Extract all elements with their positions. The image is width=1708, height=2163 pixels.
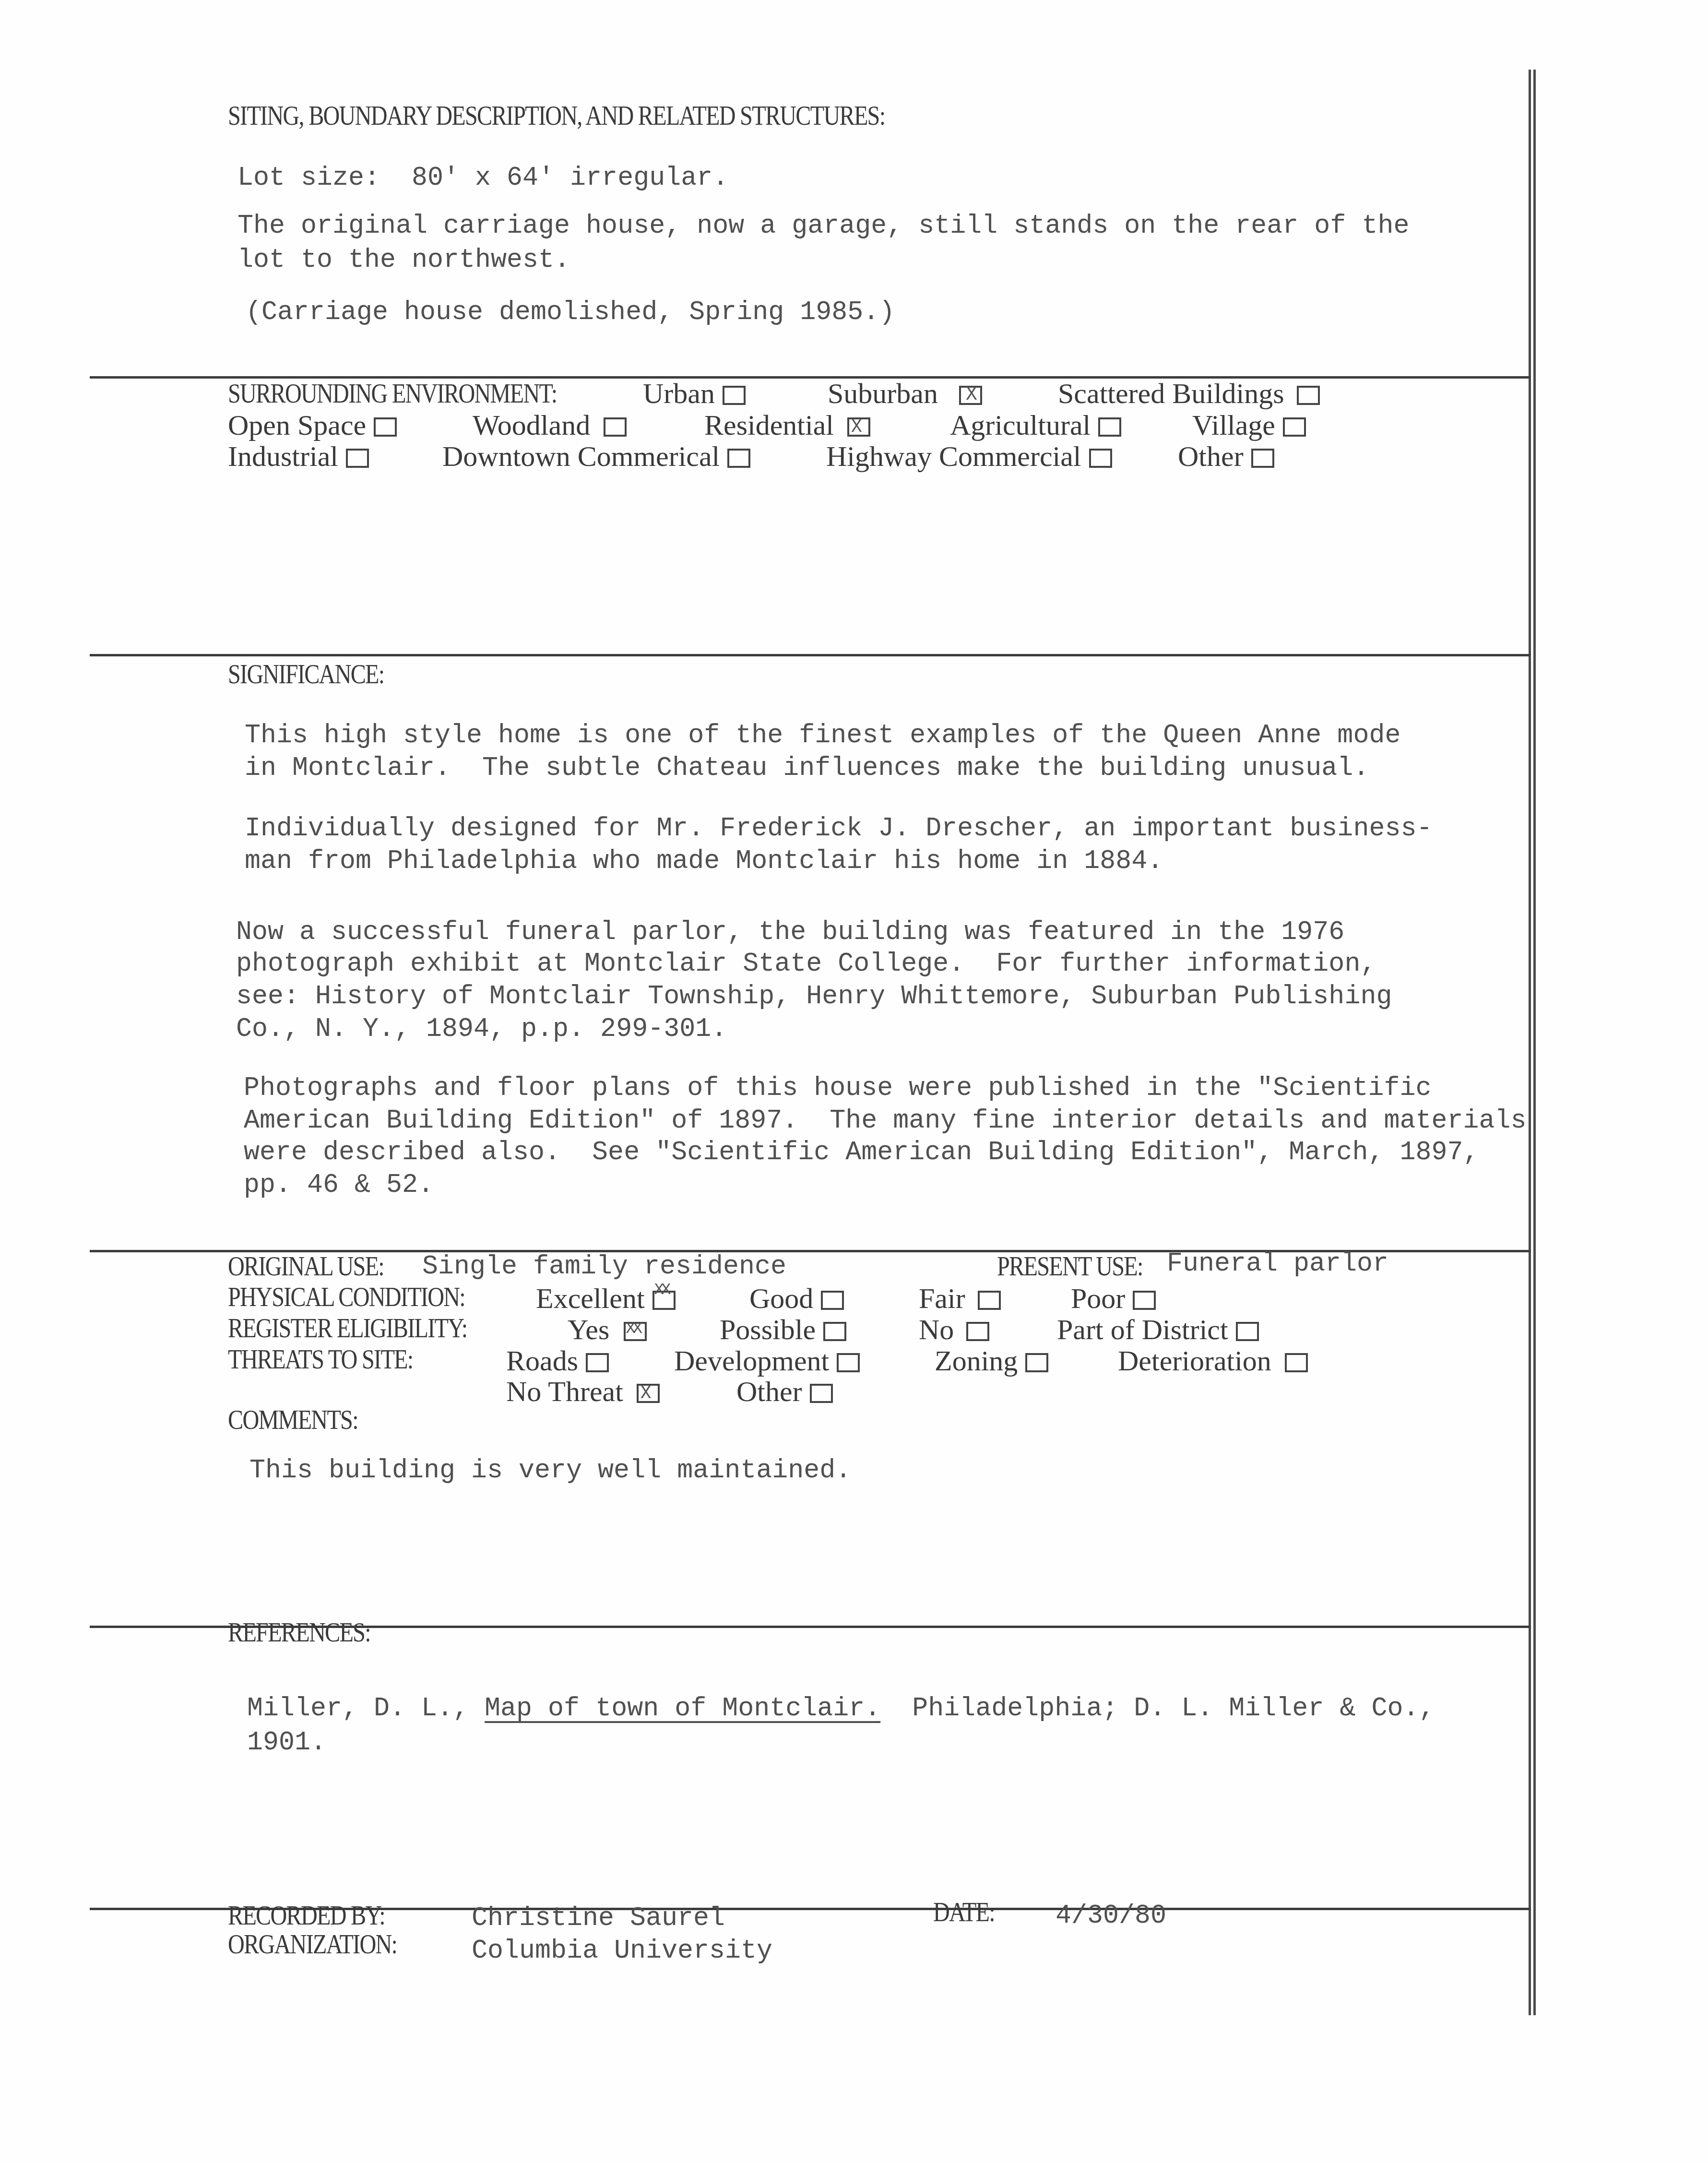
option-label: Possible <box>720 1315 816 1344</box>
option-label: Woodland <box>473 411 590 440</box>
option-label: Industrial <box>228 442 338 471</box>
env-option-agricultural[interactable]: Agricultural <box>950 411 1121 440</box>
threat-option-development[interactable]: Development <box>674 1346 860 1375</box>
significance-line: Photographs and floor plans of this hous… <box>244 1075 1431 1101</box>
check-x-icon: X <box>851 418 859 437</box>
significance-line: man from Philadelphia who made Montclair… <box>245 848 1163 874</box>
checkbox-woodland[interactable] <box>604 417 627 437</box>
checkbox-part-of-district[interactable] <box>1236 1322 1259 1341</box>
significance-line: pp. 46 & 52. <box>244 1172 434 1198</box>
threats-to-site-label: THREATS TO SITE: <box>228 1346 413 1373</box>
option-label: Deterioration <box>1118 1346 1271 1375</box>
references-label: REFERENCES: <box>228 1619 370 1646</box>
condition-option-excellent[interactable]: Excellent XX <box>536 1284 676 1313</box>
recorded-by-value: Christine Saurel <box>472 1905 725 1931</box>
siting-line: Lot size: 80' x 64' irregular. <box>237 165 728 191</box>
checkbox-residential[interactable]: X <box>847 417 870 437</box>
checkbox-zoning[interactable] <box>1025 1353 1048 1372</box>
physical-condition-label: PHYSICAL CONDITION: <box>228 1284 465 1311</box>
option-label: Roads <box>506 1346 578 1375</box>
recorded-by-label: RECORDED BY: <box>228 1902 385 1929</box>
checkbox-threat-other[interactable] <box>810 1384 833 1403</box>
right-border-inner <box>1529 70 1531 2015</box>
original-use-value[interactable]: Single family residence <box>422 1253 786 1280</box>
checkbox-env-other[interactable] <box>1251 449 1274 468</box>
significance-section-title: SIGNIFICANCE: <box>228 661 384 688</box>
option-label: Other <box>736 1377 802 1406</box>
significance-line: Co., N. Y., 1894, p.p. 299-301. <box>236 1016 727 1042</box>
option-label: Downtown Commerical <box>442 442 720 471</box>
checkbox-no[interactable] <box>966 1322 989 1341</box>
comments-label: COMMENTS: <box>228 1407 358 1434</box>
option-label: Suburban <box>828 379 938 408</box>
siting-section-title: SITING, BOUNDARY DESCRIPTION, AND RELATE… <box>228 103 885 130</box>
significance-line: see: History of Montclair Township, Henr… <box>236 983 1392 1010</box>
option-label: Excellent <box>536 1284 645 1313</box>
eligibility-option-yes[interactable]: Yes XX <box>568 1315 647 1344</box>
present-use-value[interactable]: Funeral parlor <box>1167 1250 1388 1277</box>
checkbox-development[interactable] <box>837 1353 860 1372</box>
option-label: Open Space <box>228 411 366 440</box>
checkbox-agricultural[interactable] <box>1098 417 1121 437</box>
significance-line: Now a successful funeral parlor, the bui… <box>236 919 1344 945</box>
option-label: Yes <box>568 1315 609 1344</box>
significance-line: American Building Edition" of 1897. The … <box>244 1107 1526 1134</box>
option-label: No <box>919 1315 954 1344</box>
survey-form-page: SITING, BOUNDARY DESCRIPTION, AND RELATE… <box>0 0 1708 2163</box>
check-xx-icon: XX <box>626 1321 640 1337</box>
threat-option-deterioration[interactable]: Deterioration <box>1118 1346 1308 1375</box>
option-label: Other <box>1178 442 1244 471</box>
organization-value: Columbia University <box>472 1937 772 1964</box>
env-option-highway-commercial[interactable]: Highway Commercial <box>826 442 1112 471</box>
significance-line: This high style home is one of the fines… <box>245 722 1400 749</box>
checkbox-downtown-commercial[interactable] <box>727 449 750 468</box>
env-option-scattered-buildings[interactable]: Scattered Buildings <box>1058 379 1320 408</box>
environment-section-title: SURROUNDING ENVIRONMENT: <box>228 380 557 407</box>
checkbox-village[interactable] <box>1283 417 1306 437</box>
checkbox-yes[interactable]: XX <box>624 1322 647 1341</box>
checkbox-roads[interactable] <box>586 1353 609 1372</box>
divider-significance <box>90 654 1530 656</box>
date-label: DATE: <box>933 1899 995 1926</box>
significance-line: photograph exhibit at Montclair State Co… <box>236 951 1376 977</box>
condition-option-fair[interactable]: Fair <box>919 1284 1001 1313</box>
env-option-open-space[interactable]: Open Space <box>228 411 397 440</box>
checkbox-excellent[interactable]: XX <box>652 1291 676 1310</box>
reference-title: Map of town of Montclair. <box>485 1693 880 1723</box>
reference-author: Miller, D. L., <box>247 1693 485 1723</box>
env-option-other[interactable]: Other <box>1178 442 1274 471</box>
significance-line: in Montclair. The subtle Chateau influen… <box>245 755 1369 781</box>
option-label: Good <box>749 1284 813 1313</box>
env-option-urban[interactable]: Urban <box>643 379 746 408</box>
option-label: Development <box>674 1346 829 1375</box>
check-x-icon: X <box>966 386 974 405</box>
checkbox-scattered-buildings[interactable] <box>1297 386 1320 405</box>
option-label: Residential <box>704 411 834 440</box>
siting-line: The original carriage house, now a garag… <box>237 213 1409 239</box>
option-label: Part of District <box>1057 1315 1228 1344</box>
checkbox-no-threat[interactable]: X <box>637 1384 660 1403</box>
env-option-downtown-commercial[interactable]: Downtown Commerical <box>442 442 750 471</box>
env-option-suburban[interactable]: Suburban X <box>828 379 982 408</box>
checkbox-possible[interactable] <box>823 1322 846 1341</box>
checkbox-highway-commercial[interactable] <box>1089 449 1112 468</box>
checkbox-suburban[interactable]: X <box>959 386 982 405</box>
comments-text: This building is very well maintained. <box>249 1457 851 1484</box>
condition-option-good[interactable]: Good <box>749 1284 844 1313</box>
checkbox-poor[interactable] <box>1133 1291 1156 1310</box>
option-label: Agricultural <box>950 411 1091 440</box>
option-label: Poor <box>1071 1284 1125 1313</box>
eligibility-option-no[interactable]: No <box>919 1315 989 1344</box>
present-use-label: PRESENT USE: <box>997 1253 1143 1280</box>
eligibility-option-part-of-district[interactable]: Part of District <box>1057 1315 1259 1344</box>
reference-year: 1901. <box>247 1729 326 1756</box>
option-label: Urban <box>643 379 715 408</box>
register-eligibility-label: REGISTER ELIGIBILITY: <box>228 1315 467 1342</box>
threat-option-roads[interactable]: Roads <box>506 1346 609 1375</box>
checkbox-industrial[interactable] <box>346 449 369 468</box>
significance-line: Individually designed for Mr. Frederick … <box>245 815 1432 842</box>
organization-label: ORGANIZATION: <box>228 1931 397 1958</box>
env-option-industrial[interactable]: Industrial <box>228 442 369 471</box>
env-option-residential[interactable]: Residential X <box>704 411 870 440</box>
checkbox-good[interactable] <box>821 1291 844 1310</box>
divider-environment <box>90 376 1530 379</box>
option-label: No Threat <box>506 1377 623 1406</box>
original-use-label: ORIGINAL USE: <box>228 1253 384 1280</box>
option-label: Scattered Buildings <box>1058 379 1284 408</box>
check-xx-icon: XX <box>654 1282 668 1298</box>
eligibility-option-possible[interactable]: Possible <box>720 1315 846 1344</box>
condition-option-poor[interactable]: Poor <box>1071 1284 1156 1313</box>
option-label: Zoning <box>935 1346 1018 1375</box>
right-border-outer <box>1533 70 1536 2015</box>
check-x-icon: X <box>640 1385 649 1403</box>
option-label: Village <box>1192 411 1275 440</box>
option-label: Fair <box>919 1284 965 1313</box>
env-option-woodland[interactable]: Woodland <box>473 411 627 440</box>
checkbox-deterioration[interactable] <box>1285 1353 1308 1372</box>
checkbox-fair[interactable] <box>978 1291 1001 1310</box>
significance-line: were described also. See "Scientific Ame… <box>244 1139 1479 1165</box>
threat-option-other[interactable]: Other <box>736 1377 833 1406</box>
threat-option-zoning[interactable]: Zoning <box>935 1346 1048 1375</box>
siting-line: (Carriage house demolished, Spring 1985.… <box>246 299 895 325</box>
threat-option-no-threat[interactable]: No Threat X <box>506 1377 660 1406</box>
option-label: Highway Commercial <box>826 442 1081 471</box>
checkbox-urban[interactable] <box>723 386 746 405</box>
checkbox-open-space[interactable] <box>374 417 397 437</box>
siting-line: lot to the northwest. <box>237 247 570 273</box>
reference-publisher: Philadelphia; D. L. Miller & Co., <box>880 1693 1435 1723</box>
reference-entry: Miller, D. L., Map of town of Montclair.… <box>247 1695 1435 1722</box>
date-value: 4/30/80 <box>1056 1902 1166 1929</box>
env-option-village[interactable]: Village <box>1192 411 1306 440</box>
